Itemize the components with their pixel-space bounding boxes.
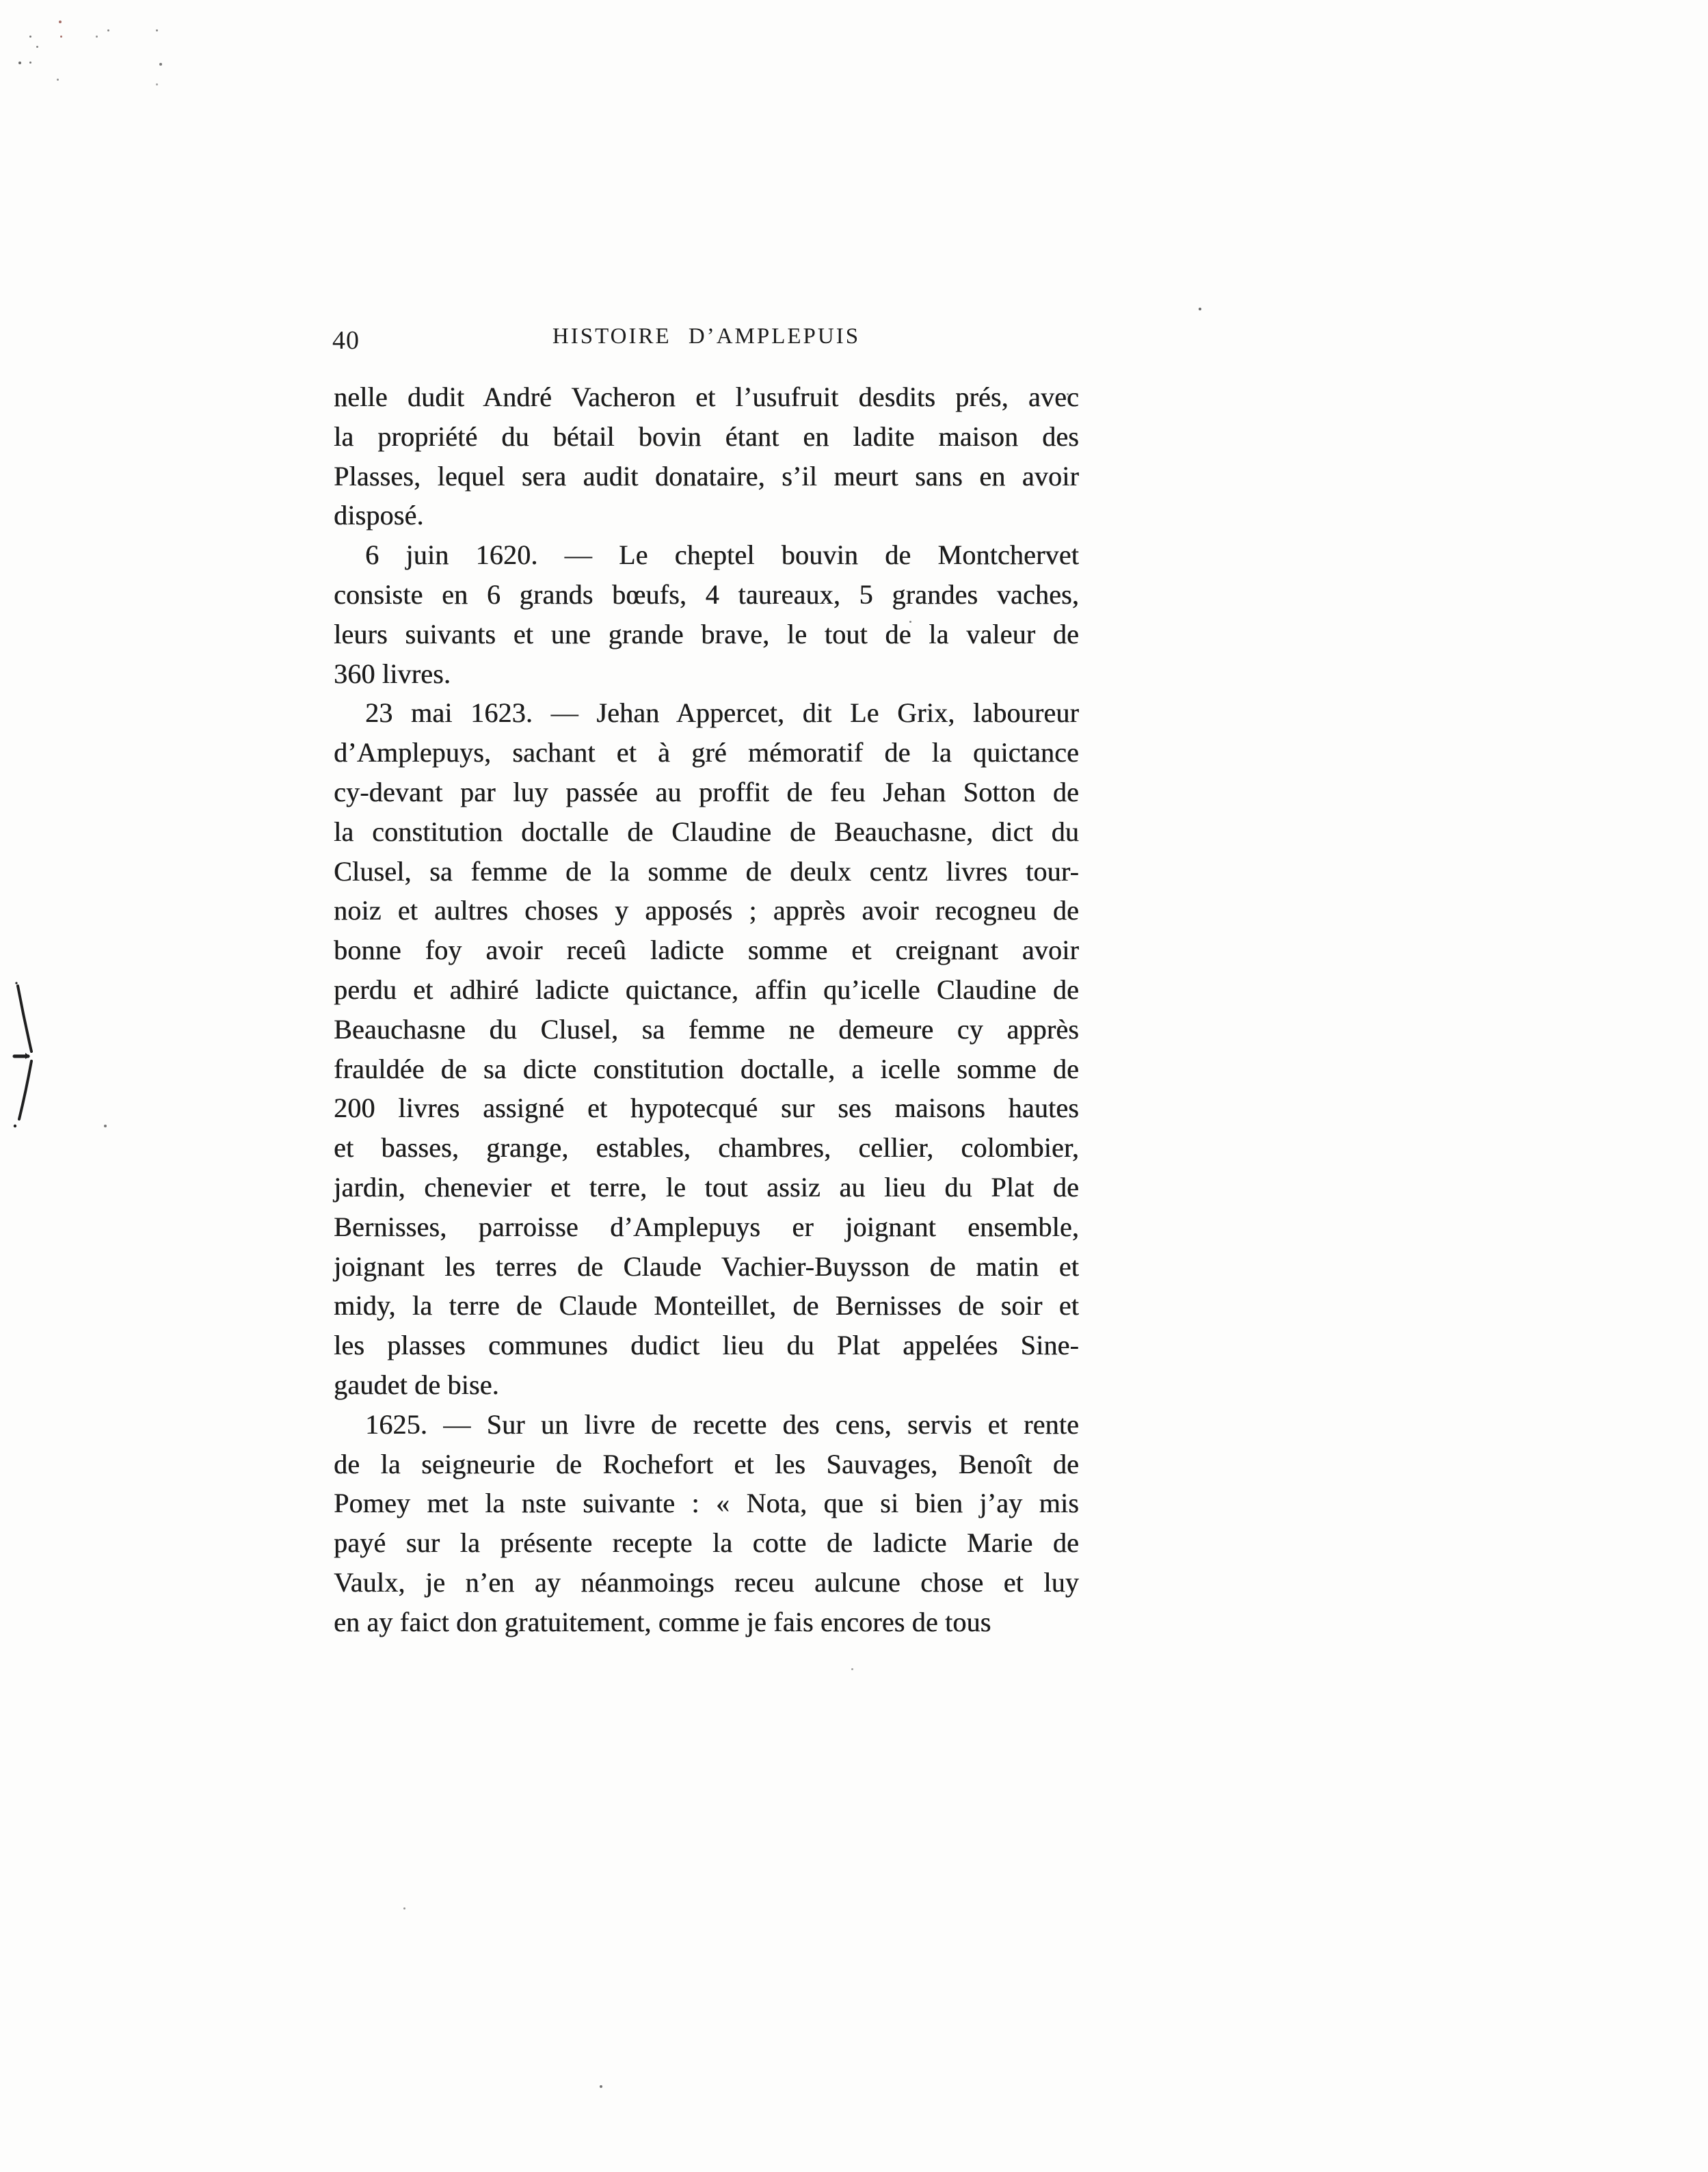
scan-speck bbox=[96, 36, 98, 38]
text-line: Pomey met la nste suivante : « Nota, que… bbox=[334, 1484, 1079, 1523]
running-title: HISTOIRE D’AMPLEPUIS bbox=[334, 324, 1079, 349]
text-line: noiz et aultres choses y apposés ; apprè… bbox=[334, 891, 1079, 930]
text-line: consiste en 6 grands bœufs, 4 taureaux, … bbox=[334, 575, 1079, 615]
scan-speck bbox=[156, 83, 158, 85]
text-line: jardin, chenevier et terre, le tout assi… bbox=[334, 1168, 1079, 1207]
scan-speck bbox=[600, 2085, 602, 2088]
margin-handwritten-mark bbox=[8, 976, 42, 1135]
scan-speck bbox=[1199, 308, 1201, 310]
scan-speck bbox=[156, 29, 158, 31]
text-line: Clusel, sa femme de la somme de deulx ce… bbox=[334, 852, 1079, 891]
text-line: 23 mai 1623. — Jehan Appercet, dit Le Gr… bbox=[334, 693, 1079, 733]
text-line: en ay faict don gratuitement, comme je f… bbox=[334, 1603, 1079, 1642]
scan-speck bbox=[104, 1125, 107, 1127]
text-line: nelle dudit André Vacheron et l’usufruit… bbox=[334, 377, 1079, 417]
text-line: frauldée de sa dicte constitution doctal… bbox=[334, 1049, 1079, 1089]
scan-speck bbox=[36, 46, 38, 48]
scan-speck bbox=[159, 63, 162, 66]
text-line: Bernisses, parroisse d’Amplepuys er joig… bbox=[334, 1207, 1079, 1247]
text-line: de la seigneurie de Rochefort et les Sau… bbox=[334, 1445, 1079, 1484]
scan-speck bbox=[60, 36, 62, 38]
text-line: et basses, grange, estables, chambres, c… bbox=[334, 1128, 1079, 1168]
book-page: 40 HISTOIRE D’AMPLEPUIS nelle dudit Andr… bbox=[0, 0, 1708, 2172]
scan-speck bbox=[29, 36, 31, 38]
text-line: Beauchasne du Clusel, sa femme ne demeur… bbox=[334, 1010, 1079, 1049]
text-line: payé sur la présente recepte la cotte de… bbox=[334, 1523, 1079, 1563]
text-line: Plasses, lequel sera audit donataire, s’… bbox=[334, 457, 1079, 496]
text-line: les plasses communes dudict lieu du Plat… bbox=[334, 1326, 1079, 1365]
scan-speck bbox=[1067, 393, 1069, 395]
text-line: disposé. bbox=[334, 496, 1079, 535]
scan-speck bbox=[29, 62, 31, 64]
text-line: Vaulx, je n’en ay néanmoings receu aulcu… bbox=[334, 1563, 1079, 1603]
text-line: 200 livres assigné et hypotecqué sur ses… bbox=[334, 1088, 1079, 1128]
text-line: joignant les terres de Claude Vachier-Bu… bbox=[334, 1247, 1079, 1287]
text-line: bonne foy avoir receû ladicte somme et c… bbox=[334, 930, 1079, 970]
text-line: la propriété du bétail bovin étant en la… bbox=[334, 417, 1079, 457]
scan-speck bbox=[851, 1668, 853, 1670]
text-line: midy, la terre de Claude Monteillet, de … bbox=[334, 1286, 1079, 1326]
scan-speck bbox=[403, 1907, 405, 1909]
page-header: 40 HISTOIRE D’AMPLEPUIS bbox=[334, 321, 1079, 354]
scan-speck bbox=[59, 21, 62, 23]
text-line: gaudet de bise. bbox=[334, 1365, 1079, 1405]
scan-speck bbox=[18, 62, 21, 64]
text-line: la constitution doctalle de Claudine de … bbox=[334, 812, 1079, 852]
text-line: 360 livres. bbox=[334, 654, 1079, 694]
text-line: cy-devant par luy passée au proffit de f… bbox=[334, 773, 1079, 812]
scan-speck bbox=[107, 29, 109, 31]
scan-speck bbox=[909, 621, 911, 623]
scan-speck bbox=[57, 79, 59, 81]
text-line: 6 juin 1620. — Le cheptel bouvin de Mont… bbox=[334, 535, 1079, 575]
text-block: nelle dudit André Vacheron et l’usufruit… bbox=[334, 377, 1079, 1642]
text-line: d’Amplepuys, sachant et à gré mémoratif … bbox=[334, 733, 1079, 773]
text-line: 1625. — Sur un livre de recette des cens… bbox=[334, 1405, 1079, 1445]
text-line: leurs suivants et une grande brave, le t… bbox=[334, 615, 1079, 654]
text-line: perdu et adhiré ladicte quictance, affin… bbox=[334, 970, 1079, 1010]
